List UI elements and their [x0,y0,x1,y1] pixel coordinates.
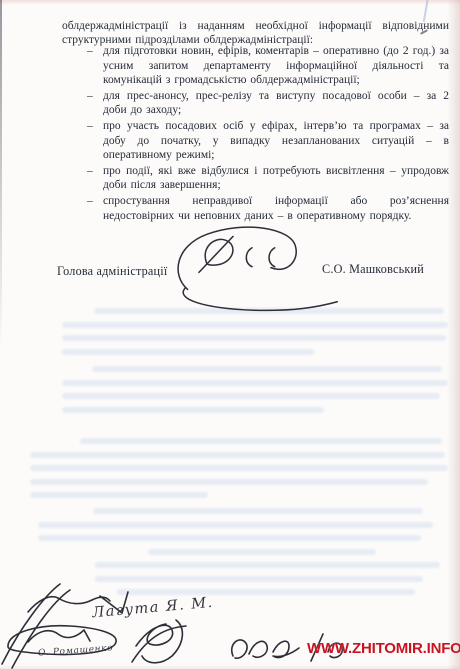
dash-marker: – [87,89,93,104]
list-item-text: спростування неправдивої інформації або … [103,195,449,222]
scan-edge-left-line [0,0,2,350]
scanned-document-page: облдержадміністрації із наданням необхід… [0,0,460,669]
list-item: – для підготовки новин, ефірів, коментар… [62,44,449,88]
dash-marker: – [87,194,93,209]
head-signature-ink [156,225,348,315]
requirements-list: – для підготовки новин, ефірів, коментар… [62,44,449,224]
list-item-text: про події, які вже відбулися і потребуют… [103,165,449,192]
dash-marker: – [87,164,93,179]
list-item: – для прес-анонсу, прес-релізу та виступ… [62,89,449,118]
list-item: – про події, які вже відбулися і потребу… [62,164,449,193]
list-item-text: для підготовки новин, ефірів, коментарів… [103,45,449,86]
list-item: – про участь посадових осіб у ефірах, ін… [62,119,449,163]
dash-marker: – [87,119,93,134]
list-item-text: для прес-анонсу, прес-релізу та виступу … [103,90,449,117]
scan-edge-top [0,0,460,5]
bleedthrough-block [30,438,448,506]
site-watermark: WWW.ZHITOMIR.INFO [307,640,460,657]
signoff-title: Голова адміністрації [57,264,167,279]
list-item-text: про участь посадових осіб у ефірах, інте… [103,120,449,161]
dash-marker: – [87,44,93,59]
bleedthrough-block [62,366,448,420]
bleedthrough-block [38,508,438,562]
bleedthrough-block [62,308,448,362]
list-item: – спростування неправдивої інформації аб… [62,194,449,223]
